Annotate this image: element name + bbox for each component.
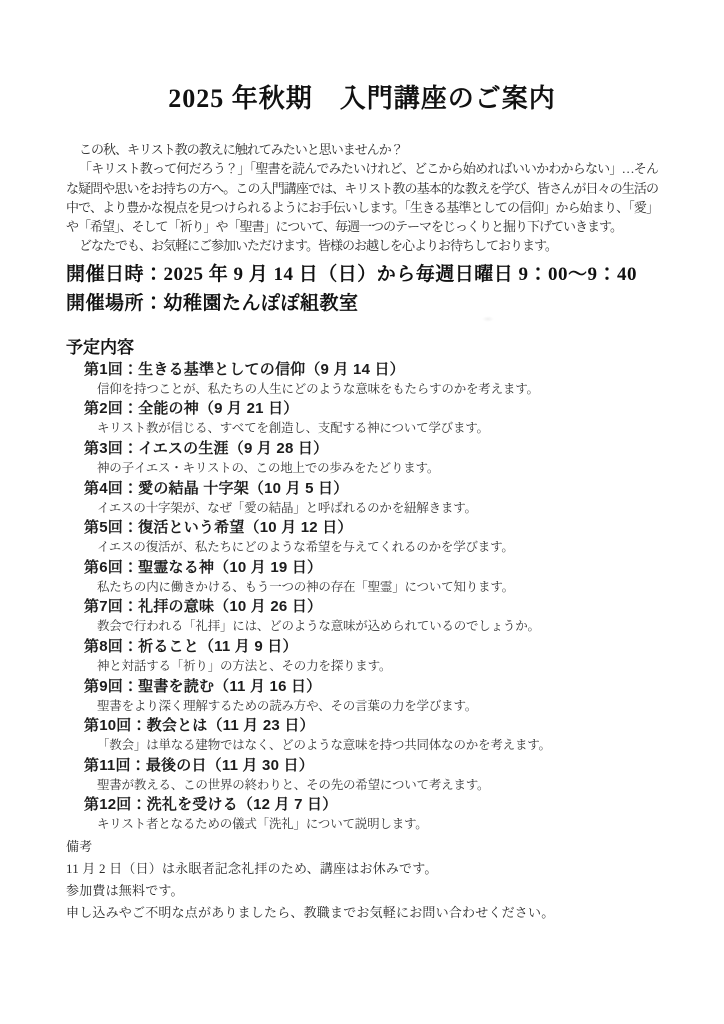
note-line-2: 参加費は無料です。	[66, 880, 658, 902]
event-info-section: 開催日時：2025 年 9 月 14 日（日）から毎週日曜日 9：00～9：40…	[66, 260, 658, 318]
session-description: 「教会」は単なる建物ではなく、どのような意味を持つ共同体なのかを考えます。	[66, 736, 658, 755]
session-item-1: 第1回：生きる基準としての信仰（9 月 14 日） 信仰を持つことが、私たちの人…	[66, 359, 658, 399]
session-description: 聖書をより深く理解するための読み方や、その言葉の力を学びます。	[66, 697, 658, 716]
session-title: 第12回：洗礼を受ける（12 月 7 日）	[66, 794, 658, 815]
session-title: 第4回：愛の結晶 十字架（10 月 5 日）	[66, 478, 658, 499]
session-title: 第10回：教会とは（11 月 23 日）	[66, 715, 658, 736]
document-title: 2025 年秋期 入門講座のご案内	[66, 84, 658, 114]
session-item-2: 第2回：全能の神（9 月 21 日） キリスト教が信じる、すべてを創造し、支配す…	[66, 398, 658, 438]
intro-paragraph-3: どなたでも、お気軽にご参加いただけます。皆様のお越しを心よりお待ちしております。	[66, 236, 658, 255]
session-title: 第5回：復活という希望（10 月 12 日）	[66, 517, 658, 538]
session-item-4: 第4回：愛の結晶 十字架（10 月 5 日） イエスの十字架が、なぜ「愛の結晶」…	[66, 478, 658, 518]
note-line-1: 11 月 2 日（日）は永眠者記念礼拝のため、講座はお休みです。	[66, 858, 658, 880]
session-title: 第7回：礼拝の意味（10 月 26 日）	[66, 596, 658, 617]
session-description: 信仰を持つことが、私たちの人生にどのような意味をもたらすのかを考えます。	[66, 380, 658, 399]
session-title: 第8回：祈ること（11 月 9 日）	[66, 636, 658, 657]
session-title: 第9回：聖書を読む（11 月 16 日）	[66, 676, 658, 697]
notes-heading: 備考	[66, 836, 658, 858]
session-item-5: 第5回：復活という希望（10 月 12 日） イエスの復活が、私たちにどのような…	[66, 517, 658, 557]
intro-paragraph-1: この秋、キリスト教の教えに触れてみたいと思いませんか？	[66, 140, 658, 159]
session-description: 教会で行われる「礼拝」には、どのような意味が込められているのでしょうか。	[66, 617, 658, 636]
session-title: 第6回：聖霊なる神（10 月 19 日）	[66, 557, 658, 578]
scanned-document-page: 2025 年秋期 入門講座のご案内 この秋、キリスト教の教えに触れてみたいと思い…	[0, 0, 724, 1024]
session-item-7: 第7回：礼拝の意味（10 月 26 日） 教会で行われる「礼拝」には、どのような…	[66, 596, 658, 636]
intro-section: この秋、キリスト教の教えに触れてみたいと思いませんか？ 「キリスト教って何だろう…	[66, 140, 658, 256]
session-description: キリスト者となるための儀式「洗礼」について説明します。	[66, 815, 658, 834]
session-item-3: 第3回：イエスの生涯（9 月 28 日） 神の子イエス・キリストの、この地上での…	[66, 438, 658, 478]
event-location: 開催場所：幼稚園たんぽぽ組教室	[66, 289, 658, 318]
session-title: 第1回：生きる基準としての信仰（9 月 14 日）	[66, 359, 658, 380]
session-description: イエスの復活が、私たちにどのような希望を与えてくれるのかを学びます。	[66, 538, 658, 557]
session-item-6: 第6回：聖霊なる神（10 月 19 日） 私たちの内に働きかける、もう一つの神の…	[66, 557, 658, 597]
session-description: 私たちの内に働きかける、もう一つの神の存在「聖霊」について知ります。	[66, 578, 658, 597]
session-title: 第3回：イエスの生涯（9 月 28 日）	[66, 438, 658, 459]
session-item-8: 第8回：祈ること（11 月 9 日） 神と対話する「祈り」の方法と、その力を探り…	[66, 636, 658, 676]
schedule-heading: 予定内容	[66, 337, 658, 359]
session-list: 第1回：生きる基準としての信仰（9 月 14 日） 信仰を持つことが、私たちの人…	[66, 359, 658, 834]
session-description: キリスト教が信じる、すべてを創造し、支配する神について学びます。	[66, 419, 658, 438]
session-title: 第11回：最後の日（11 月 30 日）	[66, 755, 658, 776]
session-description: 神の子イエス・キリストの、この地上での歩みをたどります。	[66, 459, 658, 478]
session-item-9: 第9回：聖書を読む（11 月 16 日） 聖書をより深く理解するための読み方や、…	[66, 676, 658, 716]
session-description: イエスの十字架が、なぜ「愛の結晶」と呼ばれるのかを紐解きます。	[66, 499, 658, 518]
intro-paragraph-2: 「キリスト教って何だろう？」「聖書を読んでみたいけれど、どこから始めればいいかわ…	[66, 159, 658, 236]
event-datetime: 開催日時：2025 年 9 月 14 日（日）から毎週日曜日 9：00～9：40	[66, 260, 658, 289]
session-item-11: 第11回：最後の日（11 月 30 日） 聖書が教える、この世界の終わりと、その…	[66, 755, 658, 795]
session-description: 聖書が教える、この世界の終わりと、その先の希望について考えます。	[66, 776, 658, 795]
session-description: 神と対話する「祈り」の方法と、その力を探ります。	[66, 657, 658, 676]
session-item-12: 第12回：洗礼を受ける（12 月 7 日） キリスト者となるための儀式「洗礼」に…	[66, 794, 658, 834]
session-title: 第2回：全能の神（9 月 21 日）	[66, 398, 658, 419]
session-item-10: 第10回：教会とは（11 月 23 日） 「教会」は単なる建物ではなく、どのよう…	[66, 715, 658, 755]
note-line-3: 申し込みやご不明な点がありましたら、教職までお気軽にお問い合わせください。	[66, 902, 658, 924]
notes-section: 備考 11 月 2 日（日）は永眠者記念礼拝のため、講座はお休みです。 参加費は…	[66, 836, 658, 924]
